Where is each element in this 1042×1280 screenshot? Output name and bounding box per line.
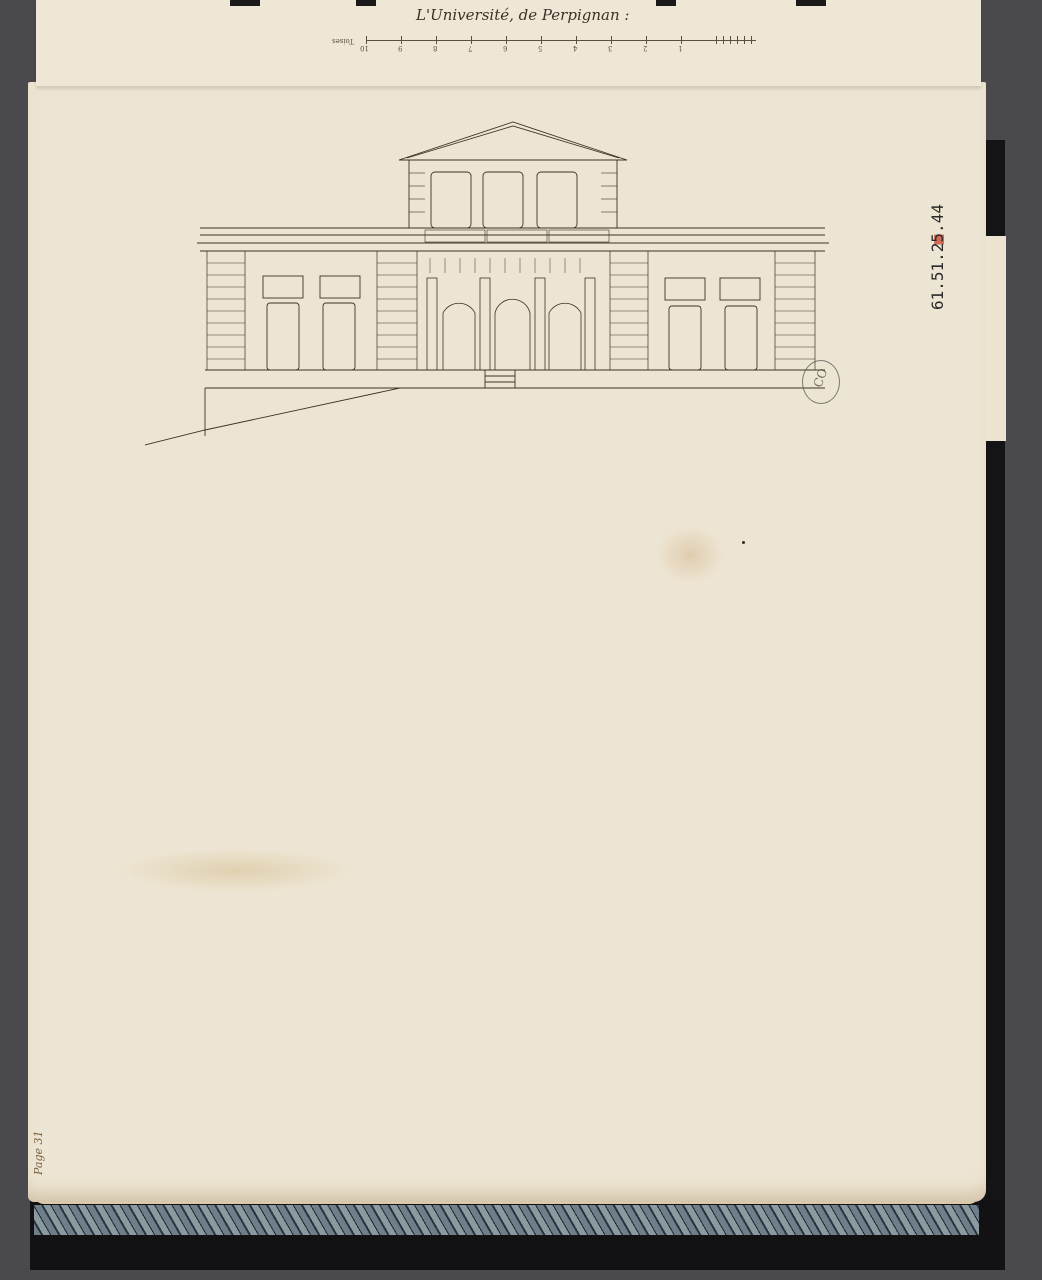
library-stamp: CO [802, 360, 840, 404]
ink-dot [742, 541, 745, 544]
paper-tab [986, 236, 1006, 441]
foxing-stain [655, 525, 725, 585]
marbled-endpaper [34, 1205, 979, 1235]
catalog-number: 61.51.25.44 [928, 204, 947, 310]
drawing-title: L'Université, de Perpignan : [416, 6, 629, 24]
folded-strip: L'Université, de Perpignan : Toises 10 9… [36, 0, 981, 86]
water-stain [115, 848, 355, 893]
scale-bar: 10 9 8 7 6 5 4 3 2 1 [366, 40, 756, 41]
page-number-note: Page 31 [32, 1130, 45, 1175]
scale-unit-label: Toises [332, 37, 354, 45]
building-elevation-drawing [145, 118, 835, 448]
